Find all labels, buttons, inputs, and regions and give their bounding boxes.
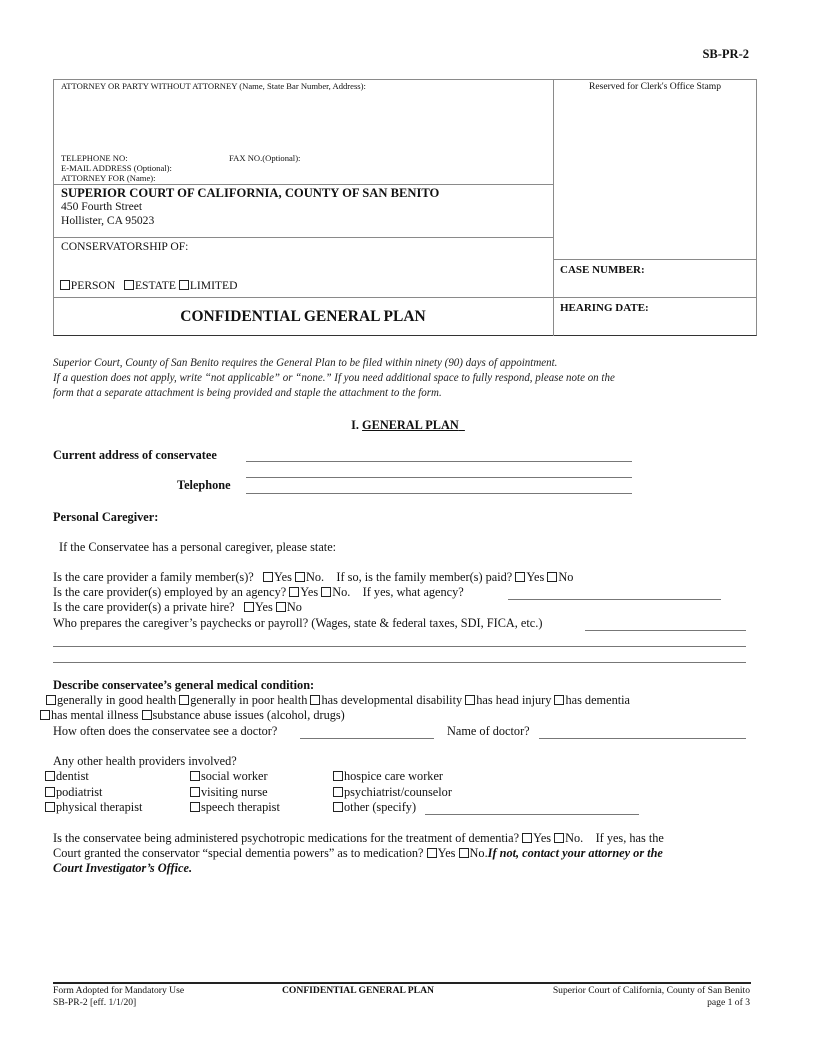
question-text: If yes, has the <box>596 831 664 845</box>
dementia-powers-yes-checkbox[interactable] <box>427 848 437 858</box>
option-label: Yes <box>526 570 544 584</box>
limited-option[interactable]: LIMITED <box>179 279 238 292</box>
head-injury-checkbox[interactable] <box>465 695 475 705</box>
provider-hospice[interactable]: hospice care worker <box>333 769 452 785</box>
court-street: 450 Fourth Street <box>61 200 142 214</box>
question-text: Is the conservatee being administered ps… <box>53 831 519 845</box>
address-field-1[interactable] <box>246 447 632 462</box>
private-yes-checkbox[interactable] <box>244 602 254 612</box>
dementia-powers-no-checkbox[interactable] <box>459 848 469 858</box>
question-text: Is the care provider a family member(s)? <box>53 570 254 584</box>
conservatorship-label: CONSERVATORSHIP OF: <box>61 240 188 254</box>
provider-dentist[interactable]: dentist <box>45 769 142 785</box>
court-city: Hollister, CA 95023 <box>61 214 154 228</box>
family-yes-checkbox[interactable] <box>263 572 273 582</box>
dementia-q2: Court granted the conservator “special d… <box>53 846 663 862</box>
section-title: I. GENERAL PLAN <box>0 418 816 433</box>
agency-yes-checkbox[interactable] <box>289 587 299 597</box>
agency-no-checkbox[interactable] <box>321 587 331 597</box>
section-name: GENERAL PLAN <box>362 418 459 432</box>
caregiver-heading: Personal Caregiver: <box>53 510 158 526</box>
provider-label: psychiatrist/counselor <box>344 785 452 799</box>
estate-option[interactable]: ESTATE <box>124 279 176 292</box>
paid-no-checkbox[interactable] <box>547 572 557 582</box>
providers-col2: social worker visiting nurse speech ther… <box>190 769 280 816</box>
attorney-label: ATTORNEY OR PARTY WITHOUT ATTORNEY (Name… <box>61 81 366 91</box>
provider-psychiatrist[interactable]: psychiatrist/counselor <box>333 785 452 801</box>
option-label: No <box>287 600 302 614</box>
caregiver-q2: Is the care provider(s) employed by an a… <box>53 585 464 601</box>
case-number-field[interactable] <box>560 278 750 294</box>
page-number: page 1 of 3 <box>553 997 750 1009</box>
psychiatrist-checkbox[interactable] <box>333 787 343 797</box>
provider-speech-therapist[interactable]: speech therapist <box>190 800 280 816</box>
option-label: Yes <box>438 846 456 860</box>
substance-abuse-checkbox[interactable] <box>142 710 152 720</box>
telephone-label: TELEPHONE NO: <box>61 153 128 163</box>
fax-label: FAX NO.(Optional): <box>229 153 300 163</box>
psychotropic-yes-checkbox[interactable] <box>522 833 532 843</box>
divider <box>53 237 553 238</box>
limited-checkbox[interactable] <box>179 280 189 290</box>
person-checkbox[interactable] <box>60 280 70 290</box>
doctor-name-field[interactable] <box>539 725 746 739</box>
condition-label: has dementia <box>565 693 630 707</box>
footer-text: Form Adopted for Mandatory Use <box>53 985 184 997</box>
option-label: No. <box>470 846 488 860</box>
doctor-name-label: Name of doctor? <box>447 724 530 740</box>
footer-right: Superior Court of California, County of … <box>553 985 750 1009</box>
telephone-label: Telephone <box>177 478 231 494</box>
payroll-field-2[interactable] <box>53 633 746 647</box>
estate-checkbox[interactable] <box>124 280 134 290</box>
dementia-q1: Is the conservatee being administered ps… <box>53 831 664 847</box>
provider-label: hospice care worker <box>344 769 443 783</box>
good-health-checkbox[interactable] <box>46 695 56 705</box>
hospice-checkbox[interactable] <box>333 771 343 781</box>
providers-col1: dentist podiatrist physical therapist <box>45 769 142 816</box>
medical-conditions-row2: has mental illness substance abuse issue… <box>40 708 345 724</box>
divider <box>553 297 757 298</box>
provider-label: visiting nurse <box>201 785 268 799</box>
address-label: Current address of conservatee <box>53 448 217 464</box>
hearing-date-label: HEARING DATE: <box>560 302 649 314</box>
payroll-field[interactable] <box>585 617 746 631</box>
form-id: SB-PR-2 <box>702 47 749 62</box>
caregiver-q3: Is the care provider(s) a private hire? … <box>53 600 302 616</box>
email-label: E-MAIL ADDRESS (Optional): <box>61 163 172 173</box>
person-option[interactable]: PERSON <box>60 279 115 292</box>
condition-label: has developmental disability <box>321 693 462 707</box>
caregiver-intro: If the Conservatee has a personal caregi… <box>59 540 336 556</box>
dentist-checkbox[interactable] <box>45 771 55 781</box>
condition-label: generally in poor health <box>190 693 307 707</box>
divider <box>553 259 757 260</box>
physical-therapist-checkbox[interactable] <box>45 802 55 812</box>
provider-label: podiatrist <box>56 785 102 799</box>
option-label: Yes <box>533 831 551 845</box>
clerk-stamp-label: Reserved for Clerk's Office Stamp <box>553 81 757 92</box>
provider-visiting-nurse[interactable]: visiting nurse <box>190 785 280 801</box>
agency-field[interactable] <box>508 586 721 600</box>
provider-social-worker[interactable]: social worker <box>190 769 280 785</box>
option-label: No <box>558 570 573 584</box>
footer-left: Form Adopted for Mandatory Use SB-PR-2 [… <box>53 985 184 1009</box>
address-field-2[interactable] <box>246 463 632 478</box>
medical-conditions-row1: generally in good health generally in po… <box>46 693 630 709</box>
conservatorship-options: PERSON ESTATE LIMITED <box>54 265 237 293</box>
option-label: No. <box>565 831 583 845</box>
provider-label: social worker <box>201 769 268 783</box>
provider-label: dentist <box>56 769 89 783</box>
divider <box>53 184 553 185</box>
visiting-nurse-checkbox[interactable] <box>190 787 200 797</box>
provider-label: other (specify) <box>344 800 416 814</box>
intro-line: Superior Court, County of San Benito req… <box>53 355 615 370</box>
paid-yes-checkbox[interactable] <box>515 572 525 582</box>
social-worker-checkbox[interactable] <box>190 771 200 781</box>
footer-center: CONFIDENTIAL GENERAL PLAN <box>282 985 434 997</box>
telephone-field[interactable] <box>246 479 632 494</box>
speech-therapist-checkbox[interactable] <box>190 802 200 812</box>
attorney-for-label: ATTORNEY FOR (Name): <box>61 173 156 183</box>
case-number-label: CASE NUMBER: <box>560 264 645 276</box>
dementia-checkbox[interactable] <box>554 695 564 705</box>
court-name: SUPERIOR COURT OF CALIFORNIA, COUNTY OF … <box>61 186 439 201</box>
option-label: Yes <box>255 600 273 614</box>
attorney-field[interactable] <box>60 92 550 150</box>
provider-podiatrist[interactable]: podiatrist <box>45 785 142 801</box>
caregiver-q1: Is the care provider a family member(s)?… <box>53 570 573 586</box>
provider-physical-therapist[interactable]: physical therapist <box>45 800 142 816</box>
doctor-freq-field[interactable] <box>300 725 434 739</box>
intro-line: If a question does not apply, write “not… <box>53 370 615 385</box>
condition-label: substance abuse issues (alcohol, drugs) <box>153 708 345 722</box>
providers-heading: Any other health providers involved? <box>53 754 237 770</box>
hearing-date-field[interactable] <box>560 316 750 332</box>
footer-text: Superior Court of California, County of … <box>553 985 750 997</box>
payroll-field-3[interactable] <box>53 649 746 663</box>
mental-illness-checkbox[interactable] <box>40 710 50 720</box>
question-text: Court granted the conservator “special d… <box>53 846 423 860</box>
caregiver-q4: Who prepares the caregiver’s paychecks o… <box>53 616 542 632</box>
poor-health-checkbox[interactable] <box>179 695 189 705</box>
provider-label: speech therapist <box>201 800 280 814</box>
question-text: Is the care provider(s) a private hire? <box>53 600 235 614</box>
option-label: Yes <box>300 585 318 599</box>
divider <box>53 297 553 298</box>
condition-label: has head injury <box>476 693 551 707</box>
doctor-freq-label: How often does the conservatee see a doc… <box>53 724 277 740</box>
private-no-checkbox[interactable] <box>276 602 286 612</box>
intro-line: form that a separate attachment is being… <box>53 385 615 400</box>
option-label: No. <box>306 570 324 584</box>
option-label: No. <box>332 585 350 599</box>
question-text: If so, is the family member(s) paid? <box>336 570 512 584</box>
dementia-warning: Court Investigator’s Office. <box>53 861 192 877</box>
psychotropic-no-checkbox[interactable] <box>554 833 564 843</box>
condition-label: has mental illness <box>51 708 138 722</box>
footer-text: SB-PR-2 [eff. 1/1/20] <box>53 997 184 1009</box>
question-text: If yes, what agency? <box>363 585 464 599</box>
intro-text: Superior Court, County of San Benito req… <box>53 355 615 401</box>
footer-rule <box>53 982 751 984</box>
developmental-disability-checkbox[interactable] <box>310 695 320 705</box>
section-number: I. <box>351 418 359 432</box>
condition-label: generally in good health <box>57 693 176 707</box>
provider-label: physical therapist <box>56 800 142 814</box>
family-no-checkbox[interactable] <box>295 572 305 582</box>
medical-heading: Describe conservatee’s general medical c… <box>53 678 314 694</box>
other-specify-field[interactable] <box>425 801 639 815</box>
podiatrist-checkbox[interactable] <box>45 787 55 797</box>
warning-text: If not, contact your attorney or the <box>488 846 663 860</box>
other-checkbox[interactable] <box>333 802 343 812</box>
question-text: Is the care provider(s) employed by an a… <box>53 585 286 599</box>
option-label: Yes <box>274 570 292 584</box>
form-title: CONFIDENTIAL GENERAL PLAN <box>53 308 553 326</box>
